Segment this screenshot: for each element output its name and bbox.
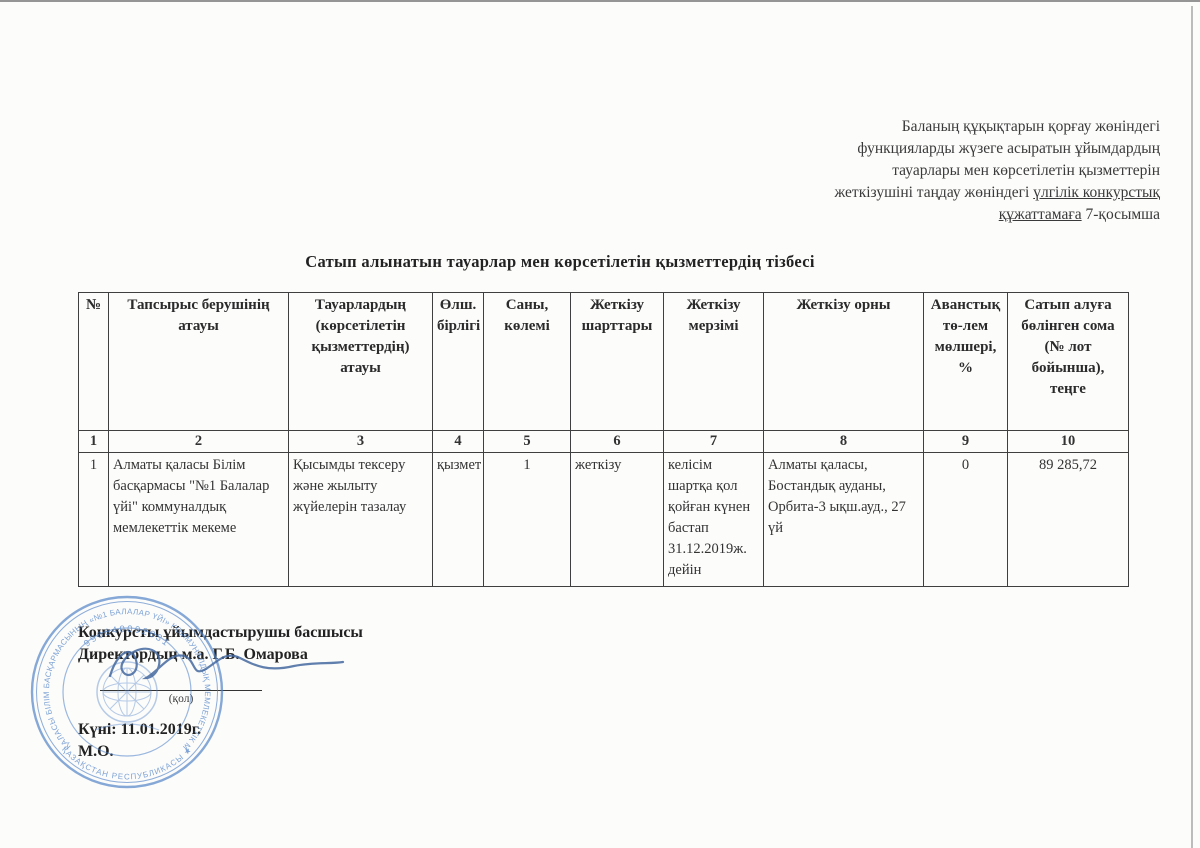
column-number: 4 xyxy=(433,431,484,453)
cell-sum: 89 285,72 xyxy=(1008,453,1129,587)
cell-unit: қызмет xyxy=(433,453,484,587)
appendix-line: жеткізушіні таңдау жөніндегі үлгілік кон… xyxy=(640,182,1160,204)
column-header-unit: Өлш. бірлігі xyxy=(433,293,484,431)
cell-advance: 0 xyxy=(924,453,1008,587)
column-number: 8 xyxy=(764,431,924,453)
column-number: 5 xyxy=(484,431,571,453)
column-number-row: 1 2 3 4 5 6 7 8 9 10 xyxy=(79,431,1129,453)
cell-customer: Алматы қаласы Білім басқармасы "№1 Балал… xyxy=(109,453,289,587)
scan-edge-top xyxy=(0,0,1200,2)
column-header-sum: Сатып алуға бөлінген сома (№ лот бойынша… xyxy=(1008,293,1129,431)
table-header-row: № Тапсырыс берушінің атауы Тауарлардың (… xyxy=(79,293,1129,431)
cell-delivery-time: келісім шартқа қол қойған күнен бастап 3… xyxy=(664,453,764,587)
column-number: 6 xyxy=(571,431,664,453)
table-row: 1 Алматы қаласы Білім басқармасы "№1 Бал… xyxy=(79,453,1129,587)
column-number: 2 xyxy=(109,431,289,453)
column-header-delivery-terms: Жеткізу шарттары xyxy=(571,293,664,431)
appendix-line: функцияларды жүзеге асыратын ұйымдардың xyxy=(640,138,1160,160)
column-header-goods-name: Тауарлардың (көрсетілетін қызметтердің) … xyxy=(289,293,433,431)
column-header-customer: Тапсырыс берушінің атауы xyxy=(109,293,289,431)
appendix-reference: Баланың құқықтарын қорғау жөніндегі функ… xyxy=(640,116,1160,226)
appendix-line: құжаттамаға 7-қосымша xyxy=(640,204,1160,226)
column-number: 1 xyxy=(79,431,109,453)
document-title: Сатып алынатын тауарлар мен көрсетілетін… xyxy=(0,252,1120,272)
column-header-quantity: Саны, көлемі xyxy=(484,293,571,431)
column-number: 9 xyxy=(924,431,1008,453)
handwritten-signature xyxy=(98,632,348,690)
cell-goods-name: Қысымды тексеру және жылыту жүйелерін та… xyxy=(289,453,433,587)
scan-edge-right xyxy=(1191,6,1193,848)
appendix-line: Баланың құқықтарын қорғау жөніндегі xyxy=(640,116,1160,138)
procurement-table: № Тапсырыс берушінің атауы Тауарлардың (… xyxy=(78,292,1129,587)
cell-delivery-place: Алматы қаласы, Бостандық ауданы, Орбита-… xyxy=(764,453,924,587)
cell-delivery-terms: жеткізу xyxy=(571,453,664,587)
cell-no: 1 xyxy=(79,453,109,587)
column-number: 10 xyxy=(1008,431,1129,453)
appendix-line: тауарлары мен көрсетілетін қызметтерін xyxy=(640,160,1160,182)
cell-quantity: 1 xyxy=(484,453,571,587)
column-header-no: № xyxy=(79,293,109,431)
column-header-delivery-place: Жеткізу орны xyxy=(764,293,924,431)
column-number: 3 xyxy=(289,431,433,453)
column-number: 7 xyxy=(664,431,764,453)
column-header-advance: Аванстық тө-лем мөлшері, % xyxy=(924,293,1008,431)
document-page: Баланың құқықтарын қорғау жөніндегі функ… xyxy=(0,0,1200,848)
column-header-delivery-time: Жеткізу мерзімі xyxy=(664,293,764,431)
organization-stamp-icon: АЛМАТЫ ҚАЛАСЫ БІЛІМ БАСҚАРМАСЫНЫҢ «№1 БА… xyxy=(27,592,227,792)
